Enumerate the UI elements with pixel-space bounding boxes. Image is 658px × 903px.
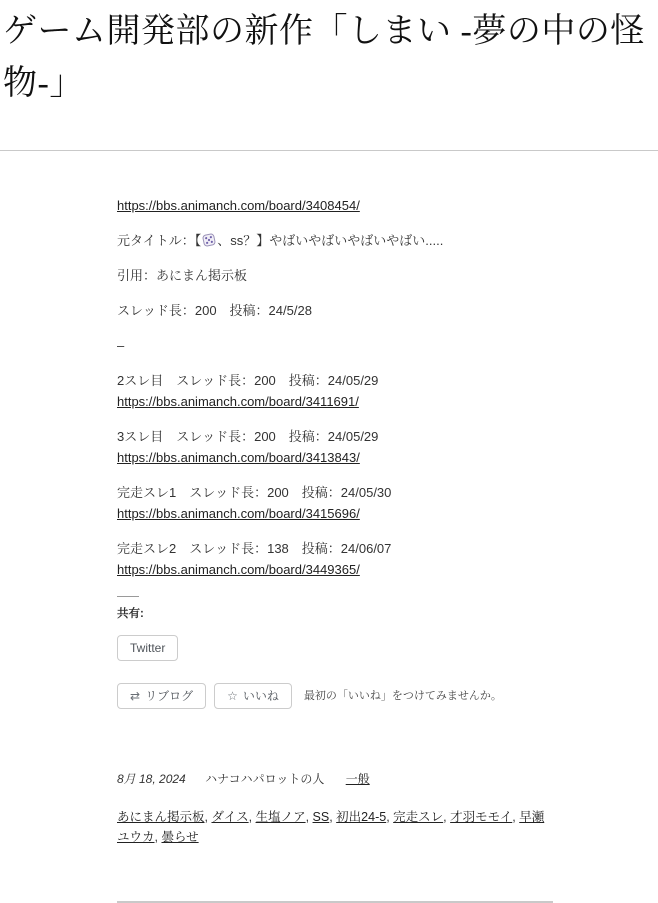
like-prompt: 最初の「いいね」をつけてみませんか。 <box>304 686 502 707</box>
star-icon: ☆ <box>227 688 238 704</box>
quote-source-line: 引用：あにまん掲示板 <box>117 265 553 286</box>
tag-link[interactable]: 曇らせ <box>161 830 198 844</box>
twitter-share-button[interactable]: Twitter <box>117 635 178 661</box>
tag-link[interactable]: 完走スレ <box>393 810 443 824</box>
post-date: 8月 18, 2024 <box>117 772 186 786</box>
post-title: ゲーム開発部の新作「しまい -夢の中の怪物-」 <box>0 0 658 110</box>
thread-info: 3スレ目 スレッド長：200 投稿：24/05/29 <box>117 429 378 444</box>
thread-link[interactable]: https://bbs.animanch.com/board/3413843/ <box>117 450 360 465</box>
tag-link[interactable]: SS <box>313 810 330 824</box>
separator-dash: – <box>117 335 553 356</box>
thread-entry-kansou-1: 完走スレ1 スレッド長：200 投稿：24/05/30 https://bbs.… <box>117 482 553 524</box>
reblog-button[interactable]: ⇄ リブログ <box>117 683 206 709</box>
share-divider <box>117 596 139 597</box>
thread-info: 完走スレ2 スレッド長：138 投稿：24/06/07 <box>117 541 391 556</box>
like-button[interactable]: ☆ いいね <box>214 683 292 709</box>
tag-list: あにまん掲示板, ダイス, 生塩ノア, SS, 初出24-5, 完走スレ, 才羽… <box>117 807 553 847</box>
reblog-label: リブログ <box>145 688 193 704</box>
thread-entry-3: 3スレ目 スレッド長：200 投稿：24/05/29 https://bbs.a… <box>117 426 553 468</box>
game-die-emoji-icon <box>202 232 216 246</box>
thread-stats-line: スレッド長：200 投稿：24/5/28 <box>117 300 553 321</box>
source-link-line: https://bbs.animanch.com/board/3408454/ <box>117 195 553 216</box>
share-section: 共有: Twitter <box>117 596 553 661</box>
post-author: ハナコハパロットの人 <box>205 772 324 786</box>
tag-link[interactable]: あにまん掲示板 <box>117 810 205 824</box>
tag-link[interactable]: 生塩ノア <box>256 810 306 824</box>
thread-info: 2スレ目 スレッド長：200 投稿：24/05/29 <box>117 373 378 388</box>
original-title-prefix: 元タイトル：【 <box>117 233 201 248</box>
like-reblog-row: ⇄ リブログ ☆ いいね 最初の「いいね」をつけてみませんか。 <box>117 683 553 709</box>
tag-link[interactable]: 才羽モモイ <box>450 810 512 824</box>
tag-link[interactable]: ダイス <box>211 810 248 824</box>
category-link[interactable]: 一般 <box>346 772 370 786</box>
reblog-icon: ⇄ <box>130 688 140 704</box>
share-heading: 共有: <box>117 604 553 625</box>
twitter-share-label: Twitter <box>130 640 165 656</box>
post-content: https://bbs.animanch.com/board/3408454/ … <box>117 151 553 903</box>
source-thread-link[interactable]: https://bbs.animanch.com/board/3408454/ <box>117 198 360 213</box>
thread-entry-kansou-2: 完走スレ2 スレッド長：138 投稿：24/06/07 https://bbs.… <box>117 538 553 580</box>
blog-post-page: ゲーム開発部の新作「しまい -夢の中の怪物-」 https://bbs.anim… <box>0 0 658 903</box>
tag-link[interactable]: 初出24-5 <box>336 810 386 824</box>
thread-link[interactable]: https://bbs.animanch.com/board/3449365/ <box>117 562 360 577</box>
thread-link[interactable]: https://bbs.animanch.com/board/3411691/ <box>117 394 359 409</box>
original-title-suffix: 、ss？】やばいやばいやばいやばい..... <box>217 233 443 248</box>
thread-info: 完走スレ1 スレッド長：200 投稿：24/05/30 <box>117 485 391 500</box>
original-title-line: 元タイトル：【、ss？】やばいやばいやばいやばい..... <box>117 230 553 251</box>
thread-entry-2: 2スレ目 スレッド長：200 投稿：24/05/29 https://bbs.a… <box>117 370 553 412</box>
thread-link[interactable]: https://bbs.animanch.com/board/3415696/ <box>117 506 360 521</box>
post-meta: 8月 18, 2024 ハナコハパロットの人 一般 <box>117 769 553 790</box>
like-label: いいね <box>243 688 279 704</box>
